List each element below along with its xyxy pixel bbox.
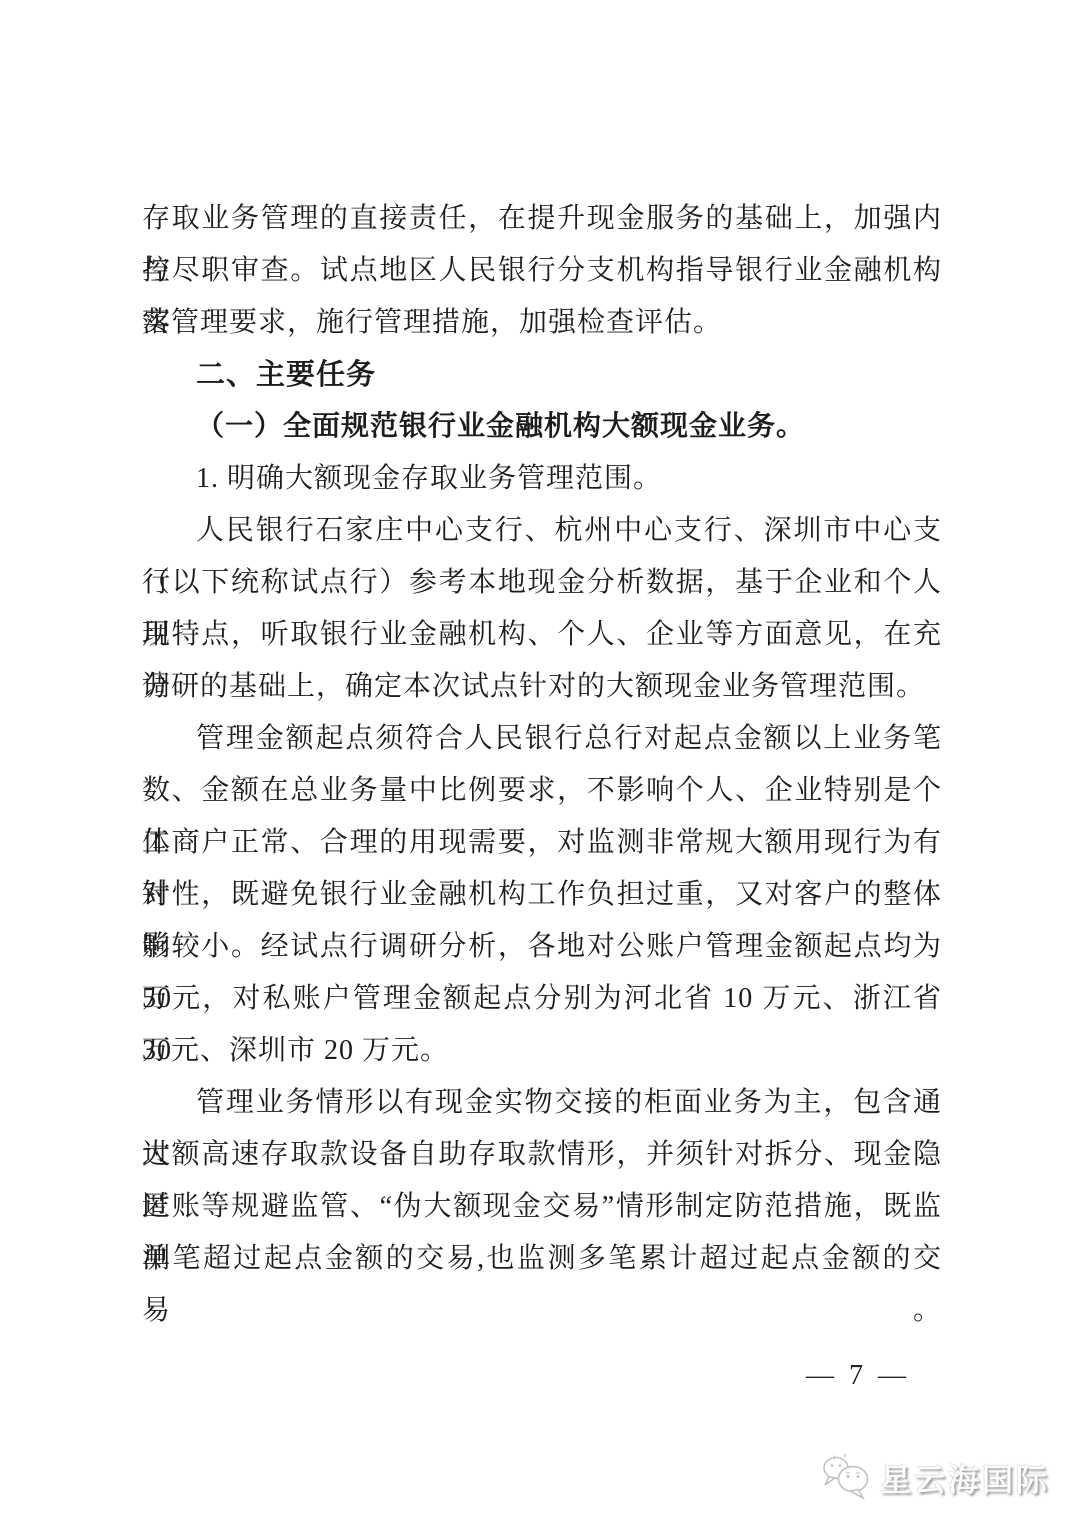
- section-heading: 二、主要任务: [142, 349, 942, 401]
- document-line: 管理业务情形以有现金实物交接的柜面业务为主，包含通过: [142, 1077, 942, 1129]
- brand-watermark: 星云海国际: [820, 1450, 1050, 1504]
- list-item-heading: 1. 明确大额现金存取业务管理范围。: [142, 453, 942, 505]
- document-line: 存取业务管理的直接责任，在提升现金服务的基础上，加强内控: [142, 193, 942, 245]
- subsection-heading: （一）全面规范银行业金融机构大额现金业务。: [142, 401, 942, 453]
- brand-name: 星云海国际: [880, 1455, 1050, 1500]
- document-line: 调研的基础上，确定本次试点针对的大额现金业务管理范围。: [142, 661, 942, 713]
- chat-bubbles-icon: [820, 1452, 874, 1502]
- document-page: 存取业务管理的直接责任，在提升现金服务的基础上，加强内控 与尽职审查。试点地区人…: [0, 0, 1080, 1528]
- document-line: 大额高速存取款设备自助存取款情形，并须针对拆分、现金隐匿: [142, 1129, 942, 1181]
- document-line: 与尽职审查。试点地区人民银行分支机构指导银行业金融机构落: [142, 245, 942, 297]
- page-number: — 7 —: [806, 1360, 910, 1392]
- document-line: 万元、深圳市 20 万元。: [142, 1025, 942, 1077]
- document-body: 存取业务管理的直接责任，在提升现金服务的基础上，加强内控 与尽职审查。试点地区人…: [142, 193, 942, 1285]
- document-line: 现特点，听取银行业金融机构、个人、企业等方面意见，在充分: [142, 609, 942, 661]
- document-line: 万元，对私账户管理金额起点分别为河北省 10 万元、浙江省 30: [142, 973, 942, 1025]
- document-line: 工商户正常、合理的用现需要，对监测非常规大额用现行为有针: [142, 817, 942, 869]
- document-line: （以下统称试点行）参考本地现金分析数据，基于企业和个人用: [142, 557, 942, 609]
- document-line: 管理金额起点须符合人民银行总行对起点金额以上业务笔: [142, 713, 942, 765]
- document-line: 响较小。经试点行调研分析，各地对公账户管理金额起点均为 50: [142, 921, 942, 973]
- document-line: 数、金额在总业务量中比例要求，不影响个人、企业特别是个体: [142, 765, 942, 817]
- document-line: 实管理要求，施行管理措施，加强检查评估。: [142, 297, 942, 349]
- document-line: 单笔超过起点金额的交易,也监测多笔累计超过起点金额的交易。: [142, 1233, 942, 1285]
- document-line: 过账等规避监管、“伪大额现金交易”情形制定防范措施，既监测: [142, 1181, 942, 1233]
- document-line: 人民银行石家庄中心支行、杭州中心支行、深圳市中心支行: [142, 505, 942, 557]
- document-line: 对性，既避免银行业金融机构工作负担过重，又对客户的整体影: [142, 869, 942, 921]
